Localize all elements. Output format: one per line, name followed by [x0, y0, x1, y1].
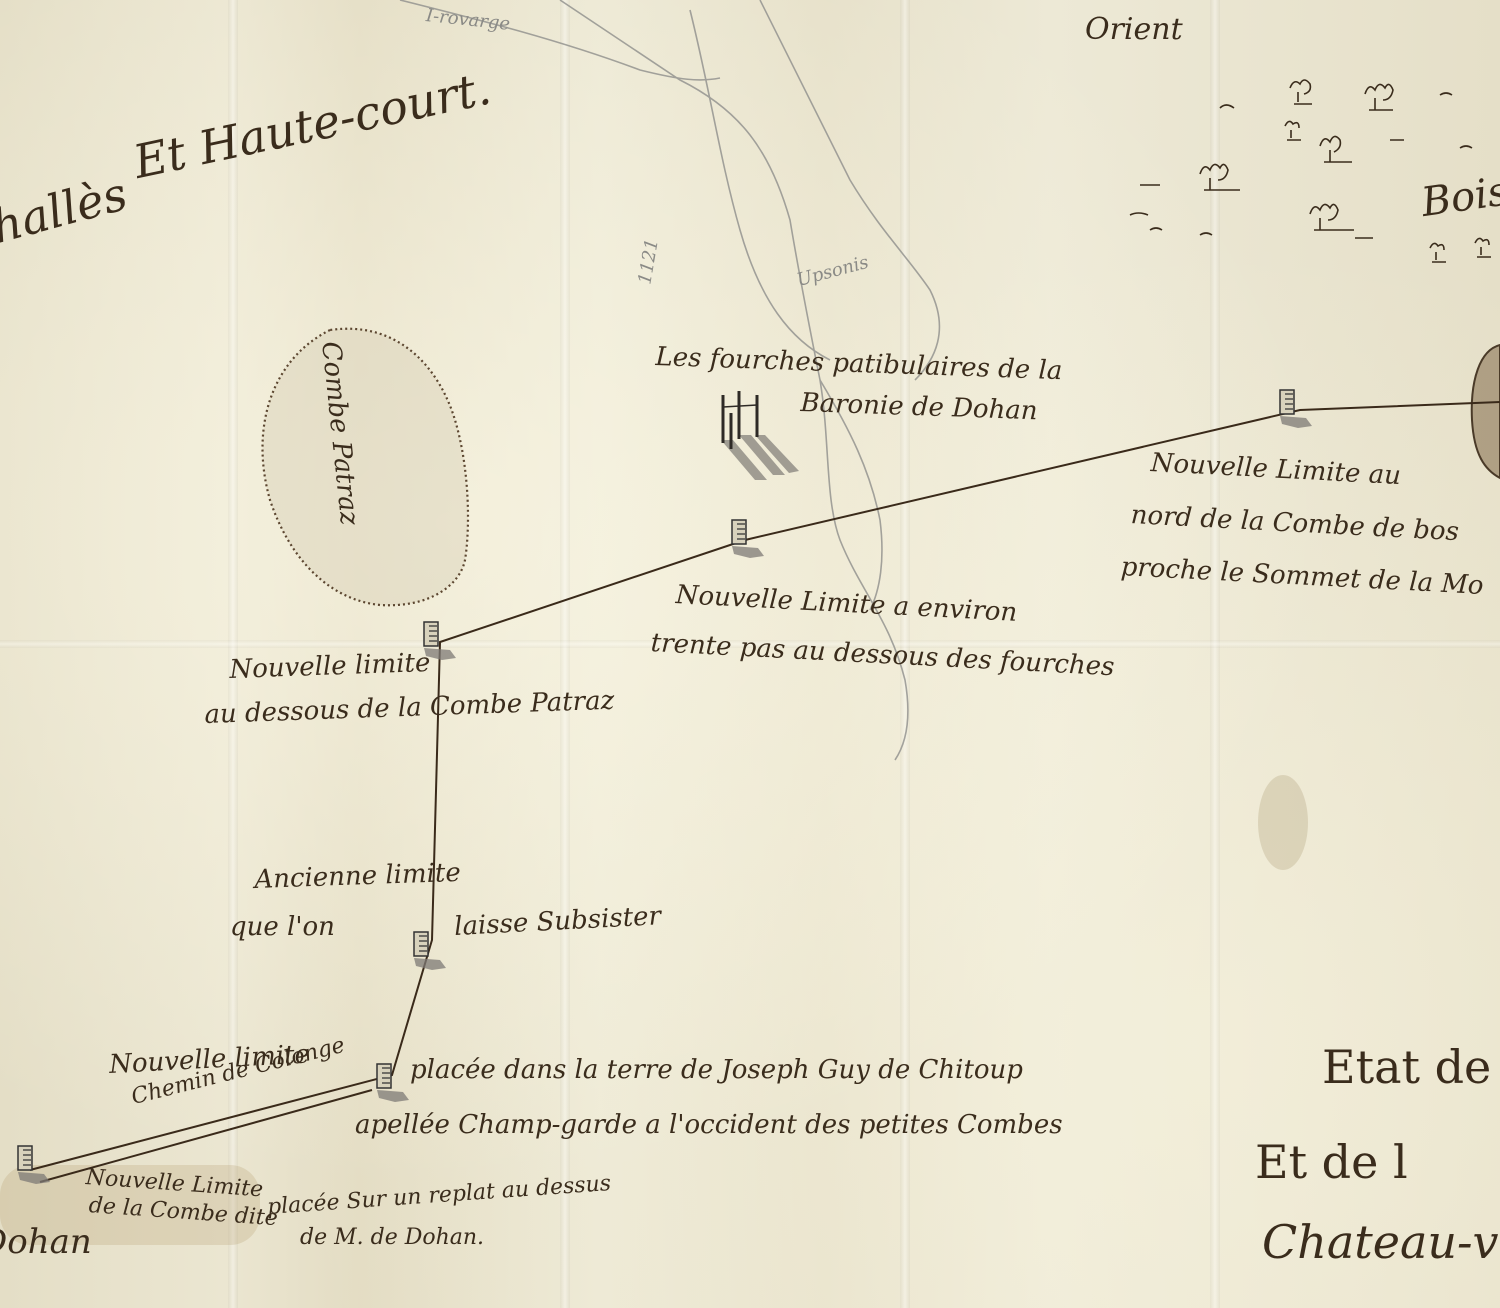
- marker-6-label-line4: de M. de Dohan.: [300, 1225, 484, 1250]
- cartouche-line2: Et de l: [1255, 1135, 1408, 1189]
- cartouche-line3: Chateau-vie: [1262, 1215, 1500, 1269]
- forest-tree-symbols: [1130, 80, 1491, 262]
- right-edge-feature: [1472, 345, 1500, 478]
- cartouche-line1: Etat de: [1322, 1040, 1491, 1094]
- orientation-label-orient: Orient: [1085, 12, 1183, 47]
- marker-4-label-line2: que l'on: [230, 912, 335, 942]
- left-edge-label-dohan: Dohan: [0, 1222, 92, 1262]
- historical-boundary-map: hallès Et Haute-court. Orient Bois I-rov…: [0, 0, 1500, 1308]
- marker-5-label-line2: placée dans la terre de Joseph Guy de Ch…: [410, 1055, 1023, 1085]
- marker-5-label-line3: apellée Champ-garde a l'occident des pet…: [355, 1110, 1063, 1140]
- combe-patraz-outline: [263, 329, 468, 606]
- gallows-symbol: [721, 391, 799, 480]
